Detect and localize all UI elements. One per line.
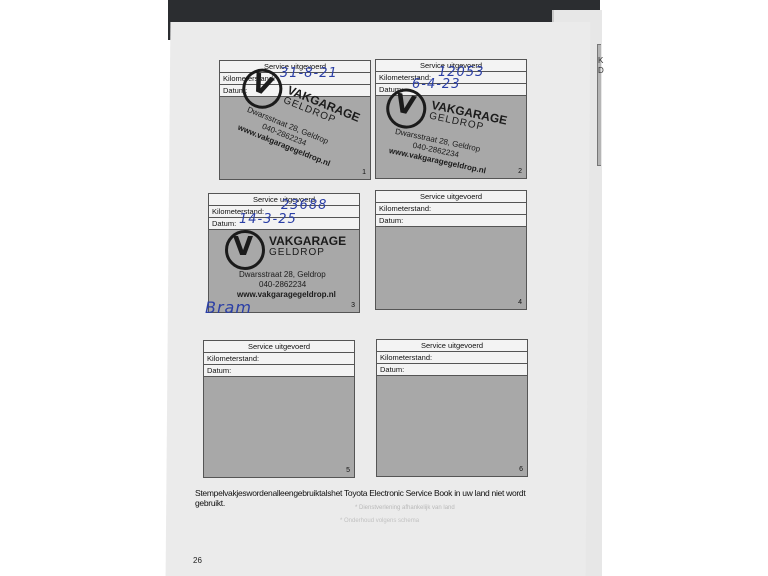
service-card-3: Service uitgevoerd Kilometerstand: Datum…	[208, 193, 360, 313]
handwritten-signature: Bram	[205, 298, 252, 317]
stamp-area	[204, 377, 354, 477]
date-row: Datum:	[377, 364, 527, 376]
service-card-2: Service uitgevoerd Kilometerstand: Datum…	[375, 59, 527, 179]
date-row: Datum:	[204, 365, 354, 377]
card-number: 4	[518, 299, 522, 306]
date-label: Datum:	[212, 219, 236, 228]
stamp-phone: 040-2862234	[259, 280, 306, 289]
stamp-area: V VAKGARAGE GELDROP Dwarsstraat 28, Geld…	[376, 96, 526, 178]
stamp-area	[376, 227, 526, 309]
km-label: Kilometerstand:	[380, 353, 432, 362]
card-title: Service uitgevoerd	[376, 191, 526, 203]
check-logo-icon: V	[233, 232, 253, 262]
date-label: Datum:	[380, 365, 404, 374]
background-right	[600, 0, 768, 576]
card-number: 3	[351, 302, 355, 309]
stamp-brand: VAKGARAGE	[269, 234, 346, 248]
service-card-6: Service uitgevoerd Kilometerstand: Datum…	[376, 339, 528, 477]
date-label: Datum:	[379, 216, 403, 225]
stamp-area: V VAKGARAGE GELDROP Dwarsstraat 28, Geld…	[220, 97, 370, 179]
service-card-1: Service uitgevoerd Kilometerstand: Datum…	[219, 60, 371, 180]
handwritten-date: 6-4-23	[412, 77, 460, 92]
date-row: Datum:	[376, 215, 526, 227]
km-label: Kilometerstand:	[379, 204, 431, 213]
card-title: Service uitgevoerd	[204, 341, 354, 353]
facing-page-date-label: D	[598, 66, 604, 75]
handwritten-km: 23688	[281, 198, 327, 213]
km-row: Kilometerstand:	[204, 353, 354, 365]
facing-page-km-label: K	[598, 56, 603, 65]
date-label: Datum:	[207, 366, 231, 375]
km-row: Kilometerstand:	[376, 203, 526, 215]
stamp-city: GELDROP	[269, 247, 325, 258]
stamp-address: Dwarsstraat 28, Geldrop	[239, 270, 326, 279]
background-left	[0, 0, 168, 576]
handwritten-date: 31-8-21	[280, 66, 338, 81]
faint-text-1: * Dienstverlening afhankelijk van land	[355, 505, 455, 511]
service-card-4: Service uitgevoerd Kilometerstand: Datum…	[375, 190, 527, 310]
stamp-area	[377, 376, 527, 476]
page-number: 26	[193, 556, 202, 565]
card-title: Service uitgevoerd	[377, 340, 527, 352]
service-card-5: Service uitgevoerd Kilometerstand: Datum…	[203, 340, 355, 478]
handwritten-date: 14-3-25	[239, 212, 297, 227]
card-number: 2	[518, 168, 522, 175]
km-label: Kilometerstand:	[207, 354, 259, 363]
card-number: 5	[346, 467, 350, 474]
card-number: 6	[519, 466, 523, 473]
km-row: Kilometerstand:	[377, 352, 527, 364]
card-number: 1	[362, 169, 366, 176]
faint-text-2: * Onderhoud volgens schema	[340, 518, 419, 524]
